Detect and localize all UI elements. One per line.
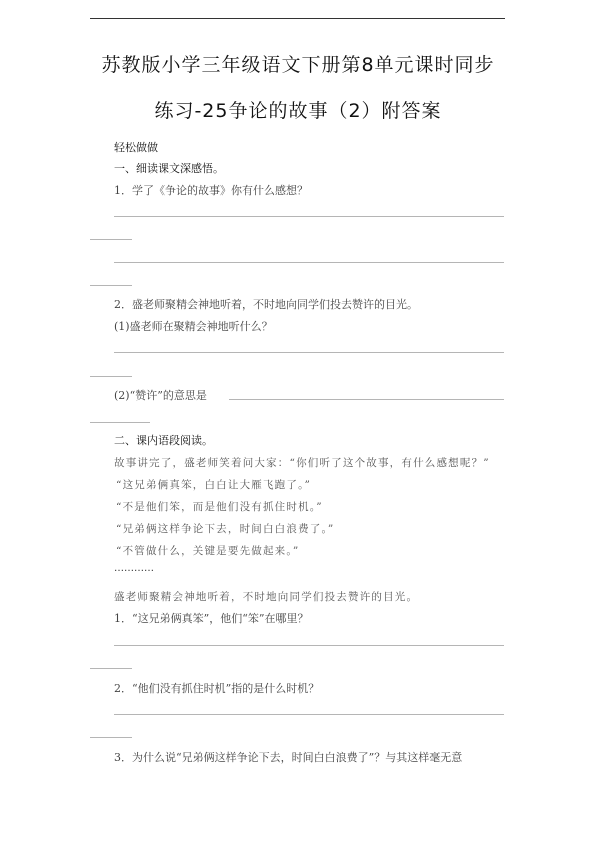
margin-stub [90,737,132,738]
section1-question2-2: (2)“赞许”的意思是 [114,387,207,403]
answer-line[interactable] [114,262,504,263]
section2-question1: 1．“这兄弟俩真笨”，他们“笨”在哪里？ [114,610,309,626]
subsection-heading: 轻松做做 [114,139,158,155]
answer-line[interactable] [114,714,504,715]
section1-question2-1: (1)盛老师在聚精会神地听什么？ [114,318,273,334]
margin-stub [90,376,132,377]
section1-heading: 一、细读课文深感悟。 [114,160,224,176]
section2-question2: 2．“他们没有抓住时机”指的是什么时机？ [114,680,319,696]
inline-answer-line[interactable] [229,399,504,400]
margin-stub [90,422,150,423]
passage-line: 故事讲完了，盛老师笑着问大家：“你们听了这个故事，有什么感想呢？” [114,455,490,470]
section1-question1: 1．学了《争论的故事》你有什么感想？ [114,182,308,198]
document-title-line1: 苏教版小学三年级语文下册第8单元课时同步 [90,50,506,77]
passage-line: “不管做什么，关键是要先做起来。” [116,543,299,558]
ellipsis: ………… [114,563,154,574]
answer-line[interactable] [114,216,504,217]
section1-question2: 2．盛老师聚精会神地听着，不时地向同学们投去赞许的目光。 [114,296,418,312]
passage-line: “兄弟俩这样争论下去，时间白白浪费了。” [116,521,335,536]
passage-line: “不是他们笨，而是他们没有抓住时机。” [116,499,323,514]
section2-question3: 3．为什么说“兄弟俩这样争论下去，时间白白浪费了”？与其这样毫无意 [114,749,462,765]
margin-stub [90,239,132,240]
section2-heading: 二、课内语段阅读。 [114,432,213,448]
answer-line[interactable] [114,645,504,646]
passage-line: “这兄弟俩真笨，白白让大雁飞跑了。” [116,477,311,492]
answer-line[interactable] [114,352,504,353]
header-rule [90,18,505,19]
margin-stub [90,285,132,286]
passage-end: 盛老师聚精会神地听着，不时地向同学们投去赞许的目光。 [114,589,418,604]
document-title-line2: 练习-25争论的故事（2）附答案 [90,96,506,123]
margin-stub [90,668,132,669]
